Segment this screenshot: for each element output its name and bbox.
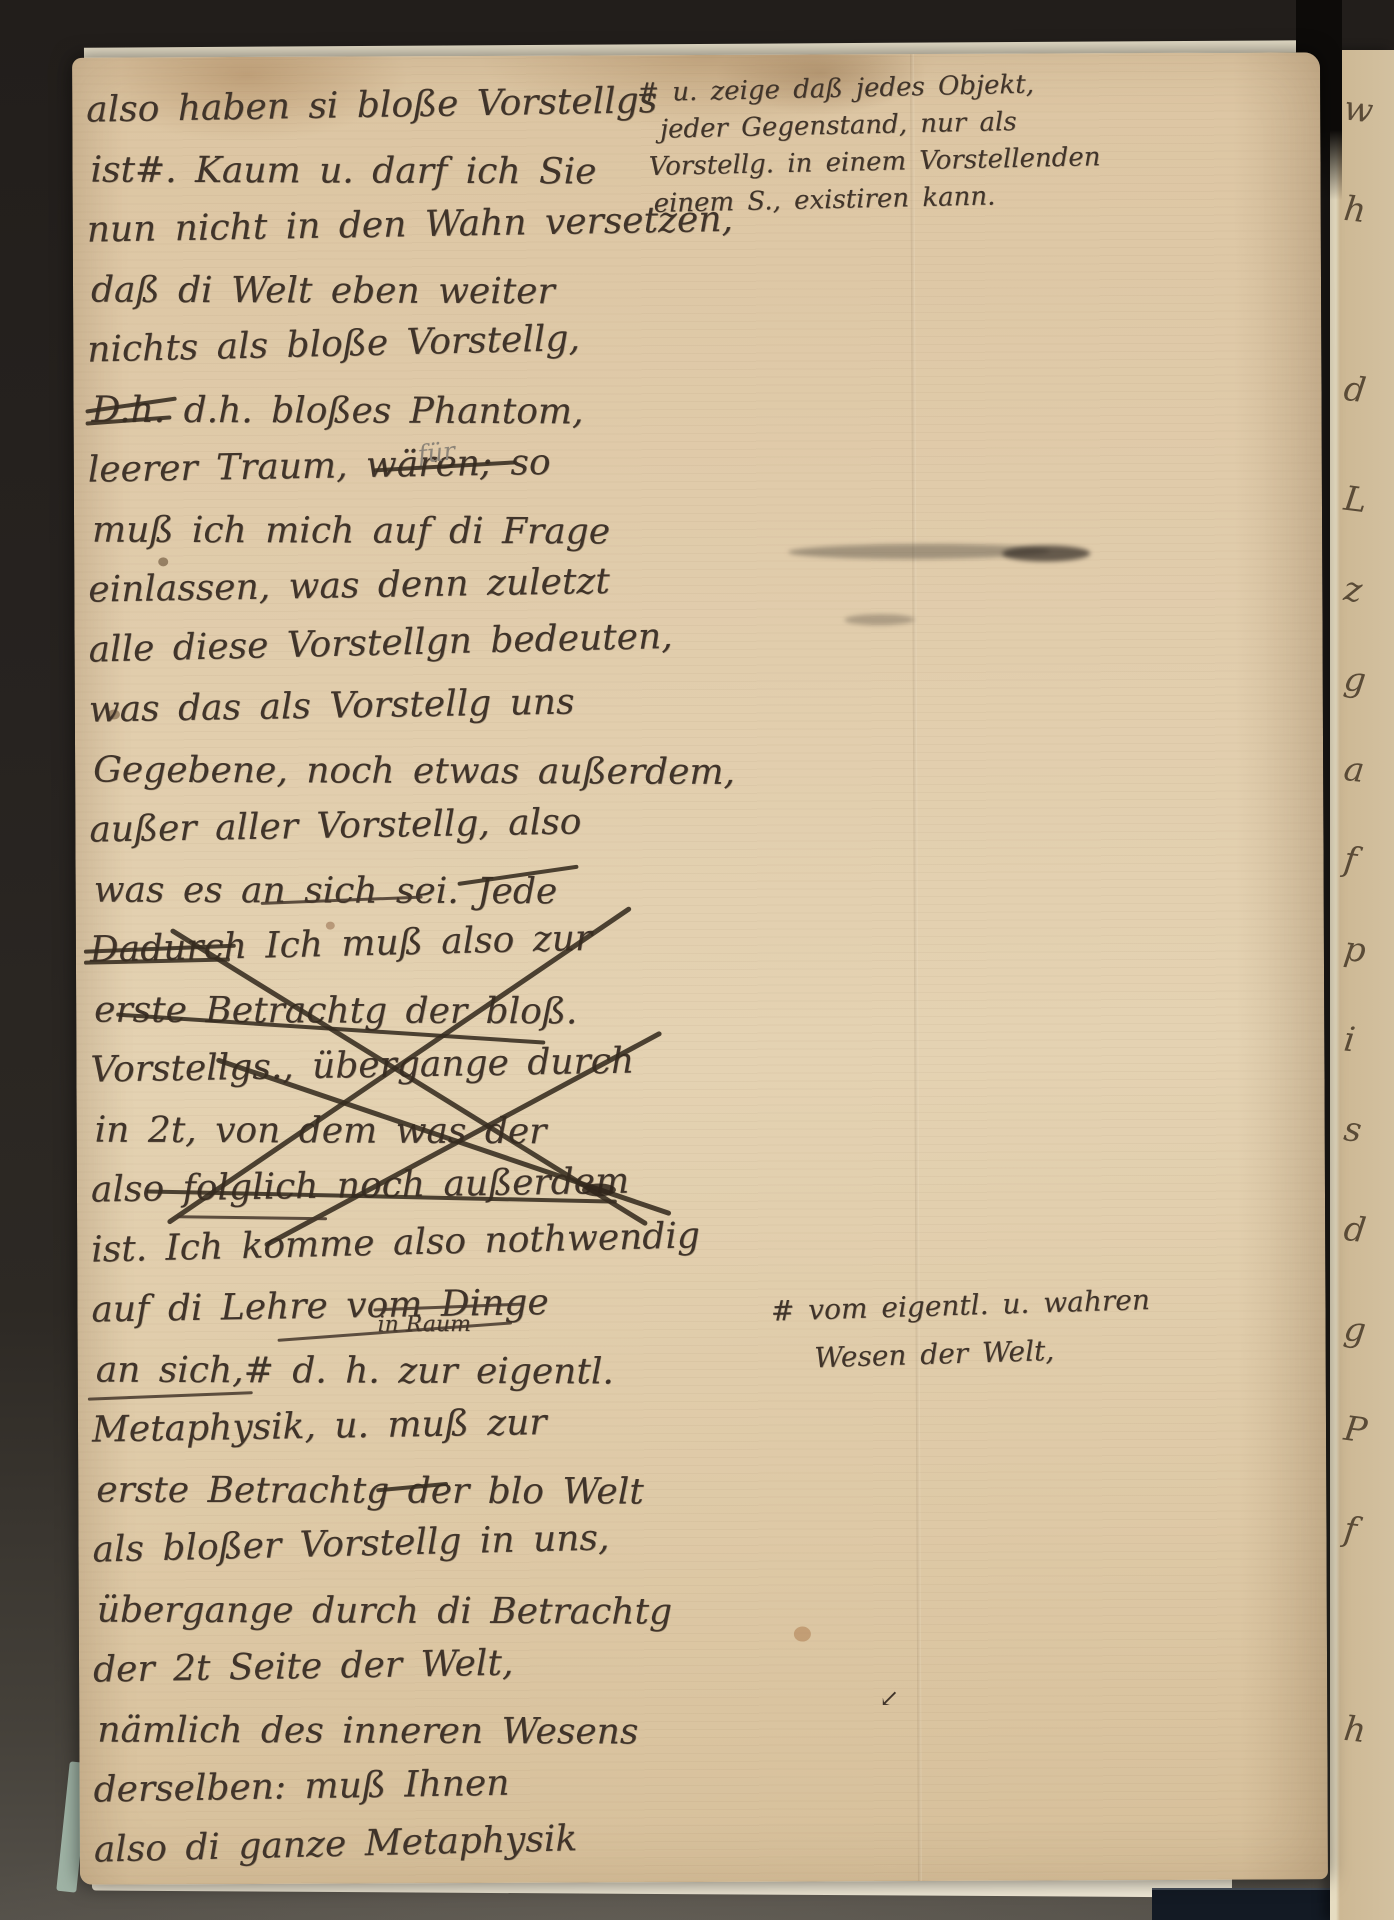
manuscript-page: also haben si bloße Vorstellgs ist#. Kau…	[72, 52, 1328, 1884]
next-page-text-fragment: z	[1342, 569, 1365, 611]
next-page-text-fragment: a	[1342, 749, 1367, 791]
main-text-column: also haben si bloße Vorstellgs ist#. Kau…	[86, 79, 704, 1882]
next-page-text-fragment: p	[1342, 929, 1368, 971]
manuscript-line: was das als Vorstellg uns	[88, 672, 699, 742]
manuscript-line: außer aller Vorstellg, also	[89, 792, 700, 862]
next-page-text-fragment: d	[1342, 369, 1368, 411]
paper-fold-crease	[910, 54, 922, 1881]
manuscript-line: nun nicht in den Wahn versetzen,	[86, 192, 697, 262]
next-page-text-fragment: h	[1342, 189, 1369, 231]
margin-note-top-right: # u. zeige daß jedes Objekt, jeder Gegen…	[637, 65, 1102, 223]
ink-blot	[582, 1183, 616, 1196]
ink-smudge	[844, 614, 914, 625]
next-page-text-fragment: L	[1342, 479, 1369, 521]
manuscript-scan: w h d L z g a f p i s d g P f h also hab…	[0, 0, 1394, 1920]
margin-note-middle-right: # vom eigentl. u. wahren Wesen der Welt,	[770, 1276, 1152, 1384]
manuscript-line: also haben si bloße Vorstellgs	[86, 72, 697, 142]
manuscript-line: der 2t Seite der Welt,	[93, 1632, 704, 1702]
next-page-text-fragment: h	[1342, 1709, 1369, 1751]
insertion-arrow-mark: ↙	[879, 1684, 899, 1712]
next-page-text-fragment: w	[1342, 88, 1376, 131]
next-page-text-fragment: f	[1342, 1509, 1359, 1550]
manuscript-line: Metaphysik, u. muß zur	[92, 1392, 703, 1462]
next-page-text-fragment: g	[1342, 659, 1368, 701]
next-page-text-fragment: f	[1342, 839, 1359, 880]
next-page-edge: w h d L z g a f p i s d g P f h	[1330, 50, 1394, 1920]
next-page-text-fragment: g	[1342, 1309, 1368, 1351]
margin-note-line: Wesen der Welt,	[814, 1324, 1152, 1382]
next-page-text-fragment: i	[1342, 1019, 1358, 1060]
next-page-text-fragment: s	[1342, 1109, 1364, 1151]
next-page-text-fragment: P	[1342, 1409, 1370, 1451]
ink-smudge	[1002, 545, 1090, 561]
paper-stain	[794, 1627, 811, 1642]
next-page-text-fragment: d	[1342, 1209, 1368, 1251]
